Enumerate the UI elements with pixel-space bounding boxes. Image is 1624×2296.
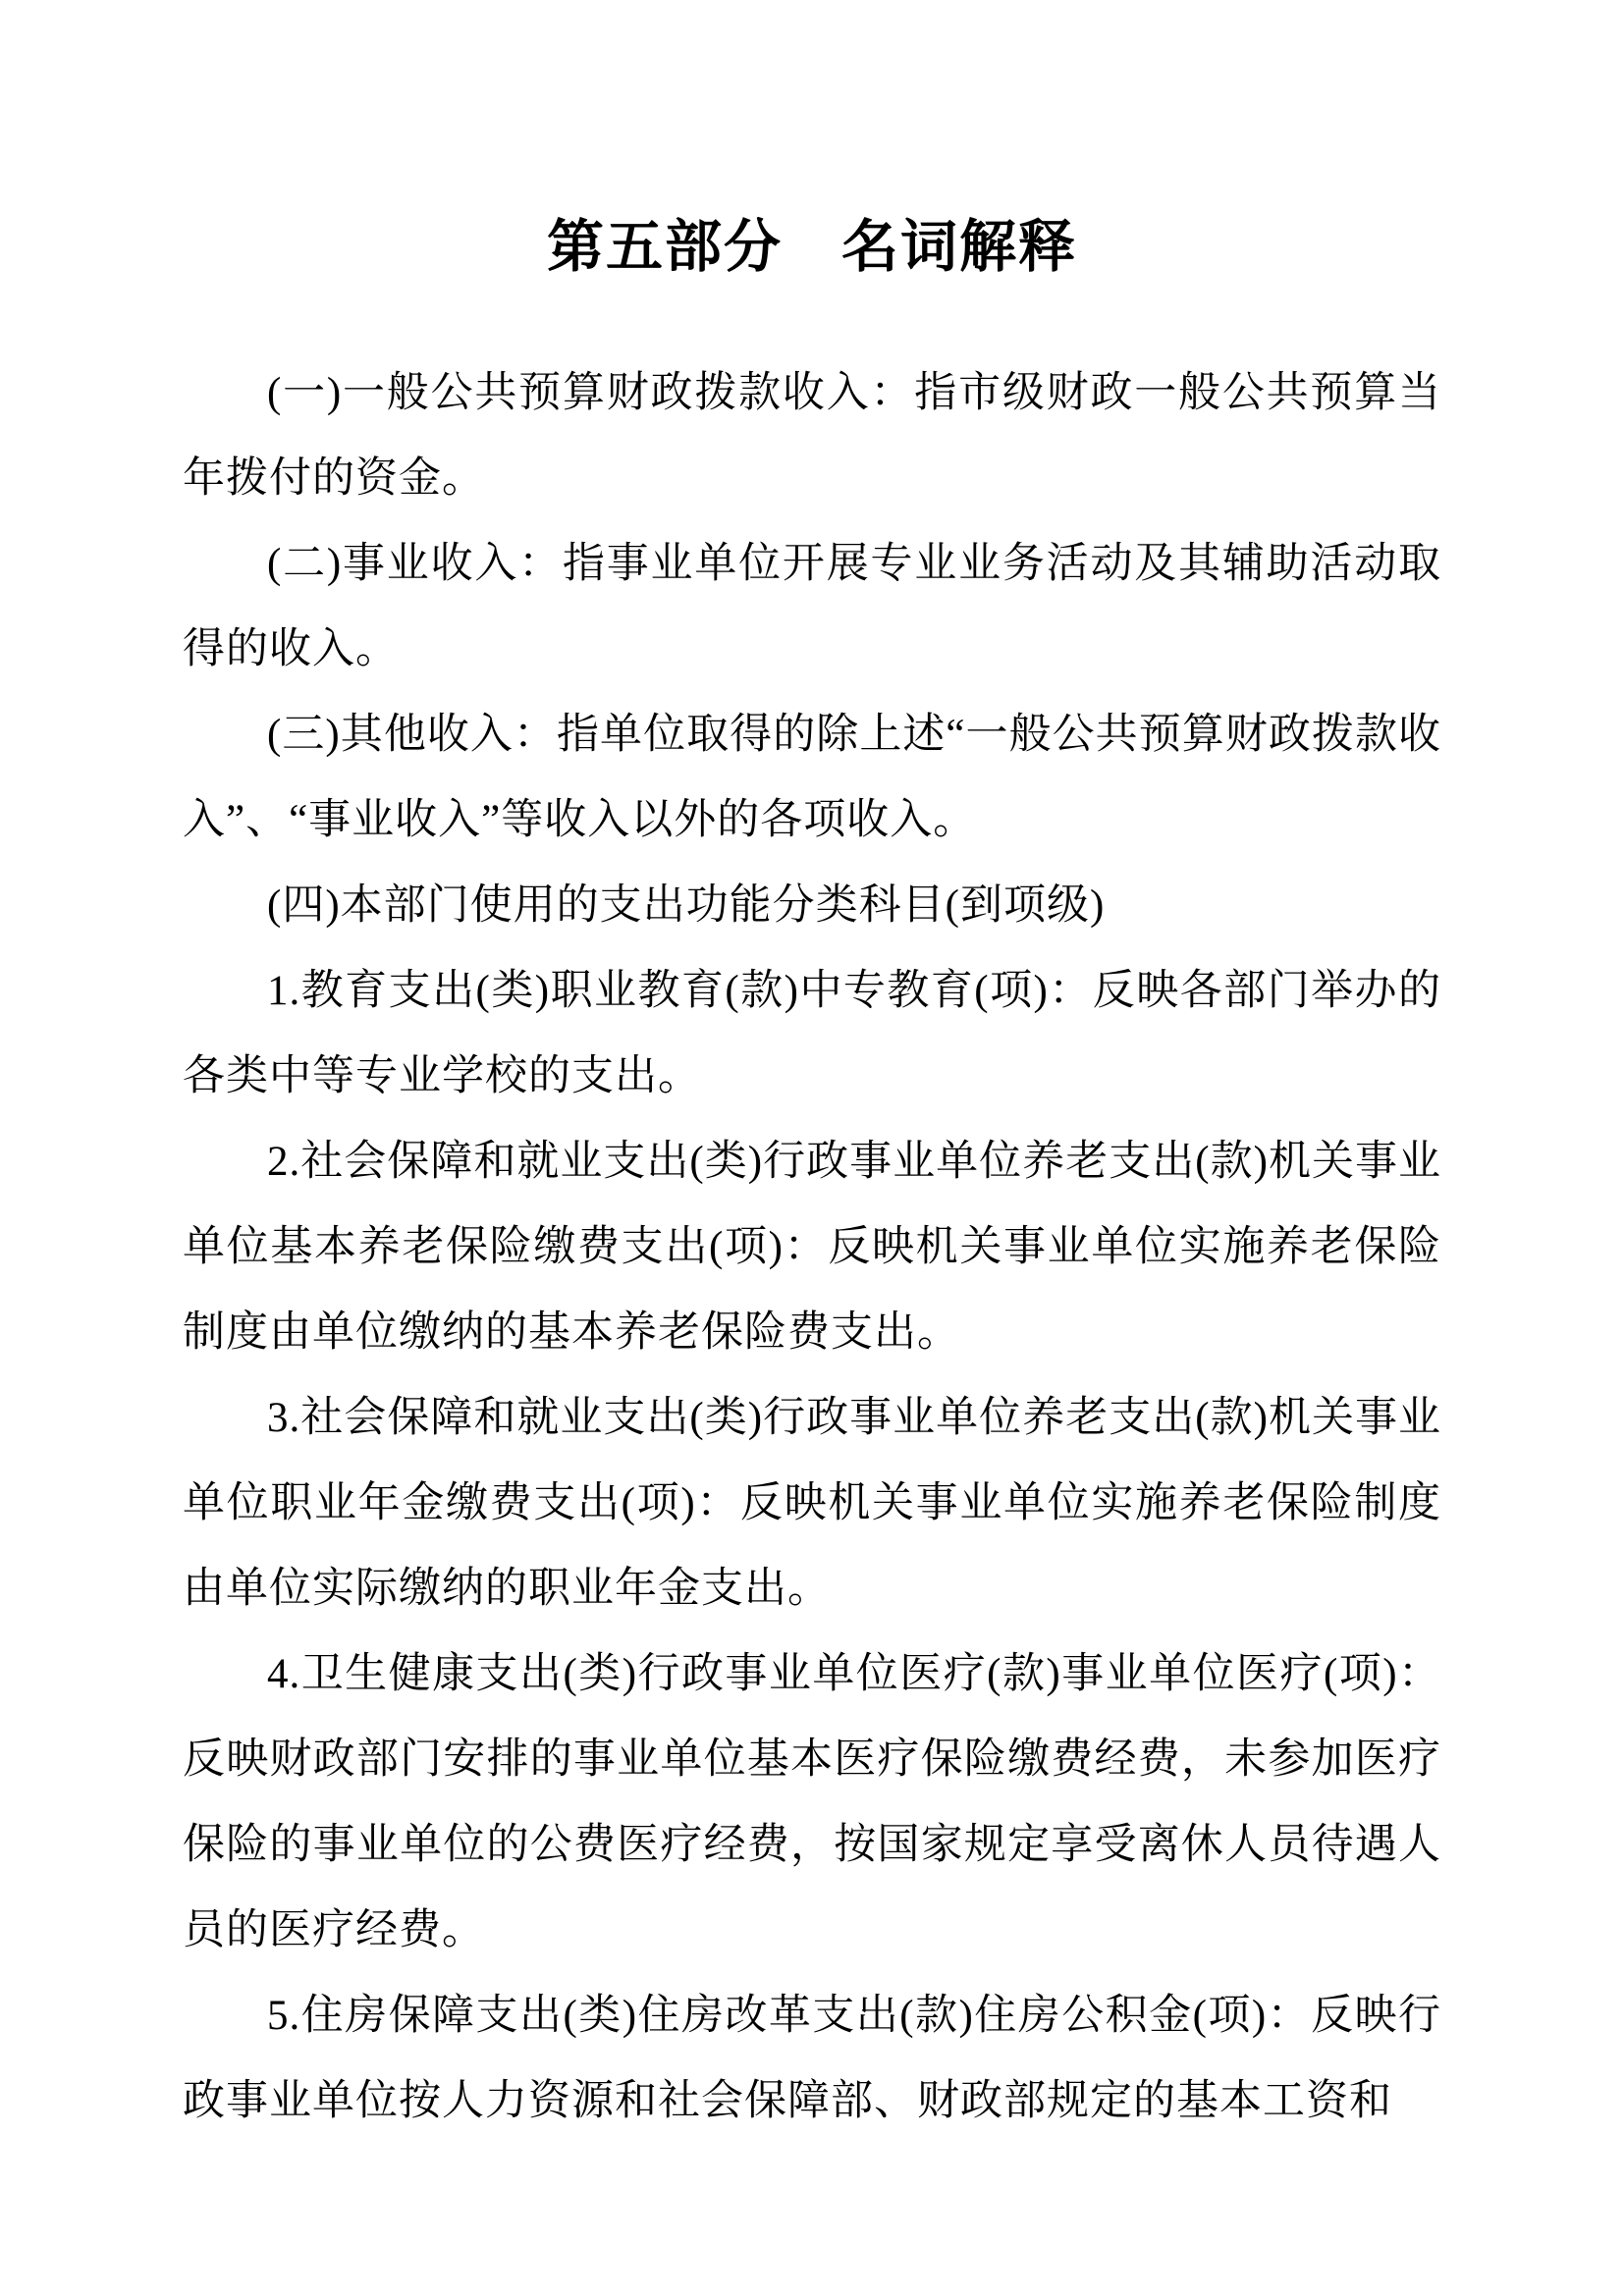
paragraph-item-3-occupational-annuity: 3.社会保障和就业支出(类)行政事业单位养老支出(款)机关事业单位职业年金缴费支… [183,1375,1441,1631]
paragraph-item-1-education: 1.教育支出(类)职业教育(款)中专教育(项)：反映各部门举办的各类中等专业学校… [183,948,1441,1119]
paragraph-item-5-housing: 5.住房保障支出(类)住房改革支出(款)住房公积金(项)：反映行政事业单位按人力… [183,1973,1441,2144]
paragraph-income-operating: (二)事业收入：指事业单位开展专业业务活动及其辅助活动取得的收入。 [183,521,1441,692]
paragraph-income-general-budget: (一)一般公共预算财政拨款收入：指市级财政一般公共预算当年拨付的资金。 [183,350,1441,521]
paragraph-income-other: (三)其他收入：指单位取得的除上述“一般公共预算财政拨款收入”、“事业收入”等收… [183,692,1441,863]
paragraph-expense-classification-heading: (四)本部门使用的支出功能分类科目(到项级) [183,863,1441,948]
paragraph-item-2-pension-insurance: 2.社会保障和就业支出(类)行政事业单位养老支出(款)机关事业单位基本养老保险缴… [183,1119,1441,1375]
page-title: 第五部分 名词解释 [183,0,1441,277]
paragraph-item-4-health: 4.卫生健康支出(类)行政事业单位医疗(款)事业单位医疗(项)：反映财政部门安排… [183,1631,1441,1973]
document-body: (一)一般公共预算财政拨款收入：指市级财政一般公共预算当年拨付的资金。 (二)事… [183,350,1441,2144]
document-page: 第五部分 名词解释 (一)一般公共预算财政拨款收入：指市级财政一般公共预算当年拨… [0,0,1624,2296]
